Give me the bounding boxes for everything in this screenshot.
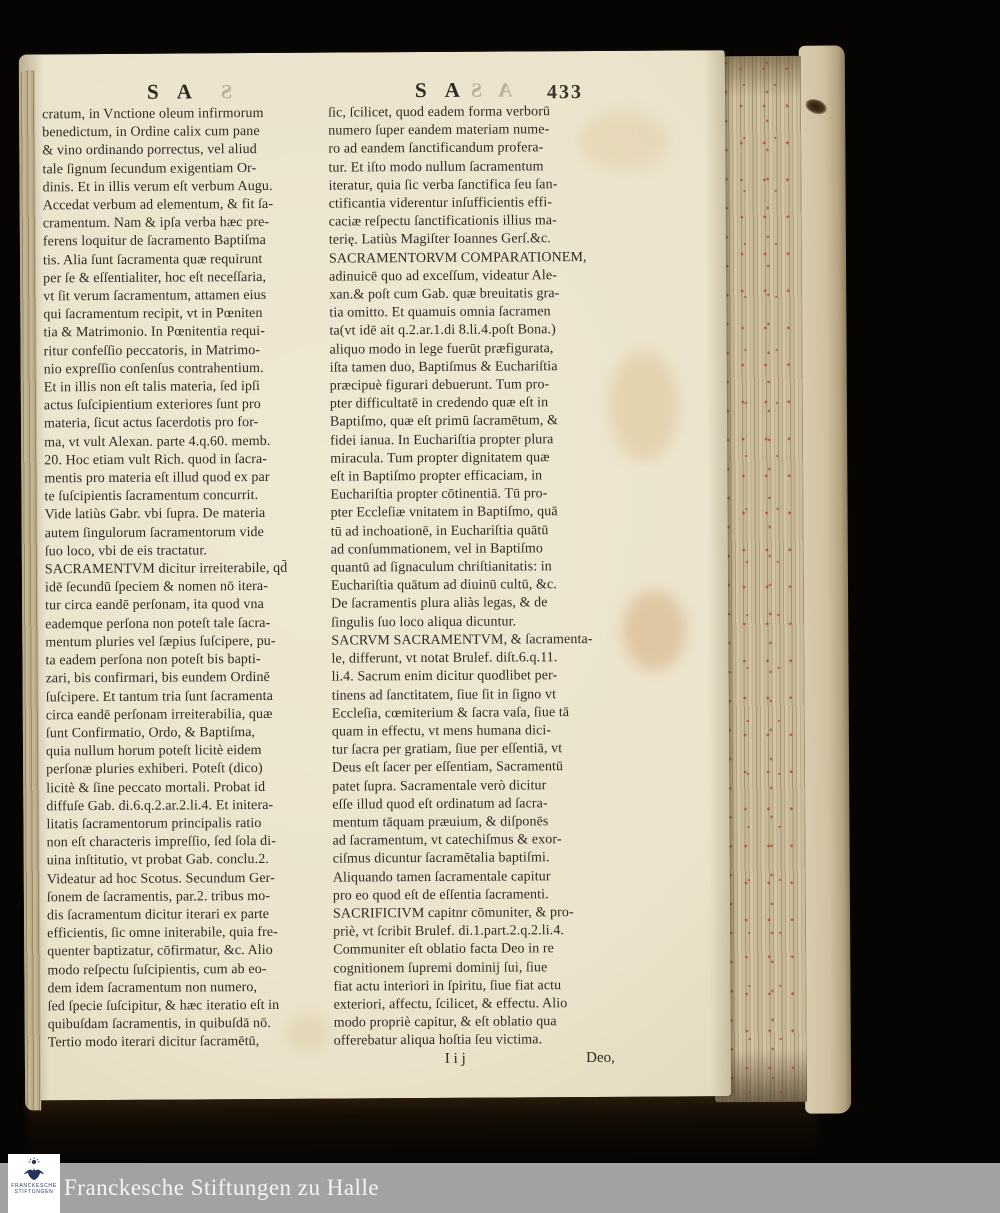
catchword-row: I i j Deo,	[445, 1049, 615, 1068]
francke-foundations-logo: FRANCKESCHE STIFTUNGEN	[8, 1154, 60, 1213]
logo-caption: FRANCKESCHE STIFTUNGEN	[11, 1183, 56, 1195]
footer-title: Franckesche Stiftungen zu Halle	[64, 1163, 379, 1213]
header-ghost-bleedthrough: S	[215, 81, 232, 104]
running-header-left: S A	[147, 79, 199, 104]
page-gutter-edge	[19, 70, 41, 1110]
book-scan: S A S S A S A 433 cratum, in Vnctione ol…	[5, 41, 852, 1126]
right-column-text: ſic, ſcilicet, quod eadem forma verborū …	[328, 103, 640, 1051]
running-header-right: S A	[415, 78, 467, 103]
signature-mark: I i j	[445, 1050, 466, 1068]
catchword: Deo,	[586, 1049, 615, 1067]
header-ghost-bleedthrough: A S	[465, 79, 513, 102]
footer-bar: FRANCKESCHE STIFTUNGEN Franckesche Stift…	[0, 1163, 1000, 1213]
page: S A S S A S A 433 cratum, in Vnctione ol…	[19, 50, 731, 1100]
eagle-sun-emblem-icon	[21, 1157, 47, 1183]
page-number: 433	[547, 81, 583, 104]
book-cover-edge	[799, 45, 852, 1113]
left-column-text: cratum, in Vnctione oleum infirmorum ben…	[42, 105, 344, 1053]
scan-background: { "page": { "header_left": "S A", "heade…	[0, 0, 1000, 1213]
